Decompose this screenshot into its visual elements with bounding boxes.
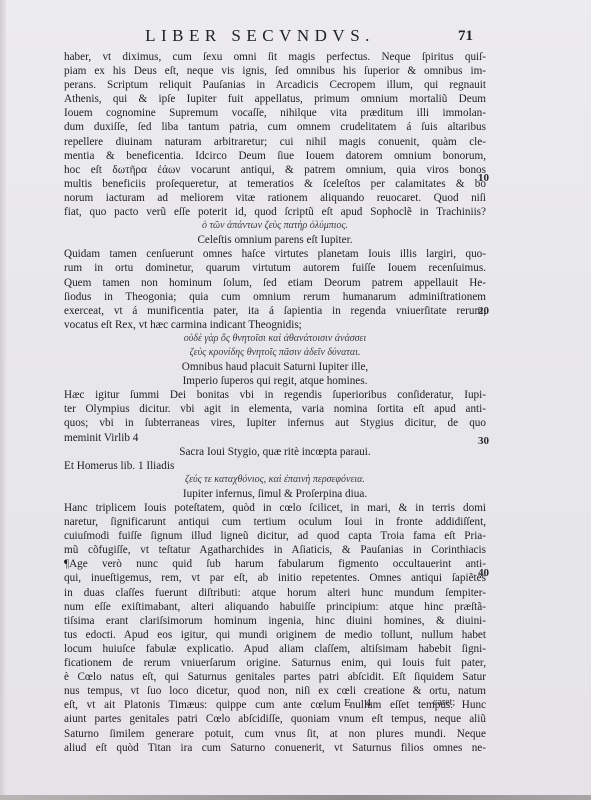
text-line: Sacra Ioui Stygio, quæ ritè incœpta para… <box>64 445 486 459</box>
text-line: ter Olympius dicitur. vbi agit in elemen… <box>64 402 486 416</box>
signature-mark: E 4 <box>344 697 377 709</box>
text-line: ὁ τῶν ἁπάντων ζεὺς πατὴρ ὀλύμπιος. <box>64 219 486 233</box>
text-line: tiſsima erant clariſsimorum hominum inge… <box>64 614 486 628</box>
text-line: tus edocti. Apud eos igitur, qui mundi o… <box>64 628 486 642</box>
text-line: Quidam tamen cenſuerunt omnes haſce virt… <box>64 247 486 261</box>
text-line: οὐδὲ γὰρ ὅς θνητοῖσι καὶ ἀθανάτοισιν ἀνά… <box>64 332 486 346</box>
text-line: Iupiter infernus, ſimul & Proſerpina diu… <box>64 487 486 501</box>
text-line: norum iacturam ad meliorem vitæ rationem… <box>64 191 486 205</box>
text-line: in duas claſſes fuerunt diſtributi: atqu… <box>64 586 486 600</box>
margin-line-number: 30 <box>478 435 489 447</box>
text-line: mentia & beneficentia. Idcirco Deum ſiue… <box>64 149 486 163</box>
text-line: piam ex his Deus eſt, neque vis ignis, ſ… <box>64 64 486 78</box>
text-line: cuiuſmodi fuiſſe ſignum illud ligneũ dic… <box>64 529 486 543</box>
text-line: Imperio ſuperos qui regit, atque homines… <box>64 374 486 388</box>
text-line: è Cœlo natus eſt, qui Saturnus genitales… <box>64 670 486 684</box>
text-line: Athenis, qui & ipſe Iupiter fuit appella… <box>64 92 486 106</box>
book-page: LIBER SECVNDVS. 71 haber, vt diximus, cu… <box>0 0 591 800</box>
text-line: ¶Age verò nunc quid ſub harum fabularum … <box>64 557 486 571</box>
page-bottom-edge <box>0 795 591 800</box>
page-spine-shadow <box>0 0 6 800</box>
catchword: caret; <box>433 697 455 708</box>
text-line: perans. Scriptum reliquit Pauſanias in A… <box>64 78 486 92</box>
body-text: haber, vt diximus, cum ſexu omni ſit mag… <box>64 50 486 755</box>
text-line: ficationem de rerum vniuerſarum origine.… <box>64 656 486 670</box>
text-line: naretur, ſignificarunt antiqui cum terti… <box>64 515 486 529</box>
margin-line-number: 10 <box>478 172 489 184</box>
text-line: multis beneficiis proſequeretur, at teme… <box>64 177 486 191</box>
text-line: quos; vbi in ſubterraneas vires, Iupiter… <box>64 416 486 430</box>
text-line: haber, vt diximus, cum ſexu omni ſit mag… <box>64 50 486 64</box>
text-line: dum duxiſſe, ſed liba tantum patria, cum… <box>64 120 486 134</box>
margin-line-number: 40 <box>478 567 489 579</box>
running-head: LIBER SECVNDVS. <box>130 26 390 46</box>
text-line: Iouem cognomine Supremum vocaſſe, nihilq… <box>64 106 486 120</box>
text-line: exerceat, vt á munificentia pater, ita á… <box>64 304 486 318</box>
text-line: Omnibus haud placuit Saturni Iupiter ill… <box>64 360 486 374</box>
text-line: nus tempus, vt ſuo loco dicetur, quod no… <box>64 684 486 698</box>
text-line: Celeſtis omnium parens eſt Iupiter. <box>64 233 486 247</box>
text-line: ζεύς τε καταχθόνιος, καὶ ἐπαινὴ περσεφόν… <box>64 473 486 487</box>
text-line: hoc eſt δωτῆρα ἐάων vocarunt antiqui, & … <box>64 163 486 177</box>
page-number: 71 <box>458 28 473 45</box>
text-line: ſiodus in Theogonia; quia cum omnium rer… <box>64 290 486 304</box>
text-line: mũ cõfugiſſe, vt teſtatur Agatharchides … <box>64 543 486 557</box>
text-line: vocatus eſt Rex, vt hæc carmina indicant… <box>64 318 486 332</box>
text-line: aiunt partes genitales patri Cœlo abſcid… <box>64 712 486 726</box>
text-line: rum in ortu dominetur, quarum virtutum a… <box>64 261 486 275</box>
text-line: Et Homerus lib. 1 Iliadis <box>64 459 486 473</box>
text-line: repellere diuinam naturam arbitraretur; … <box>64 135 486 149</box>
text-line: Quem tamen non hominum ſolum, ſed etiam … <box>64 276 486 290</box>
margin-line-number: 20 <box>478 305 489 317</box>
text-line: num eſſe exiſtimabant, alteri aliquando … <box>64 600 486 614</box>
text-line: aliud eſt quòd Titan ira cum Saturno con… <box>64 741 486 755</box>
text-line: qui, inueſtigemus, rem, vt par eſt, ab i… <box>64 571 486 585</box>
text-line: Hanc triplicem Iouis poteſtatem, quòd in… <box>64 501 486 515</box>
text-line: ζεὺς κρονίδης θνητοῖς πᾶσιν ἁδεῖν δύνατα… <box>64 346 486 360</box>
text-line: eſt, vt ait Platonis Timæus: quippe cum … <box>64 698 486 712</box>
text-line: Saturno ſimilem generare potuit, cum vnu… <box>64 727 486 741</box>
text-line: meminit Virlib 4 <box>64 431 486 445</box>
text-line: fiat, quo pacto verũ eſſe poterit id, qu… <box>64 205 486 219</box>
text-line: locum huiuſce fabulæ explicatio. Apud al… <box>64 642 486 656</box>
text-line: Hæc igitur ſummi Dei bonitas vbi in rege… <box>64 388 486 402</box>
